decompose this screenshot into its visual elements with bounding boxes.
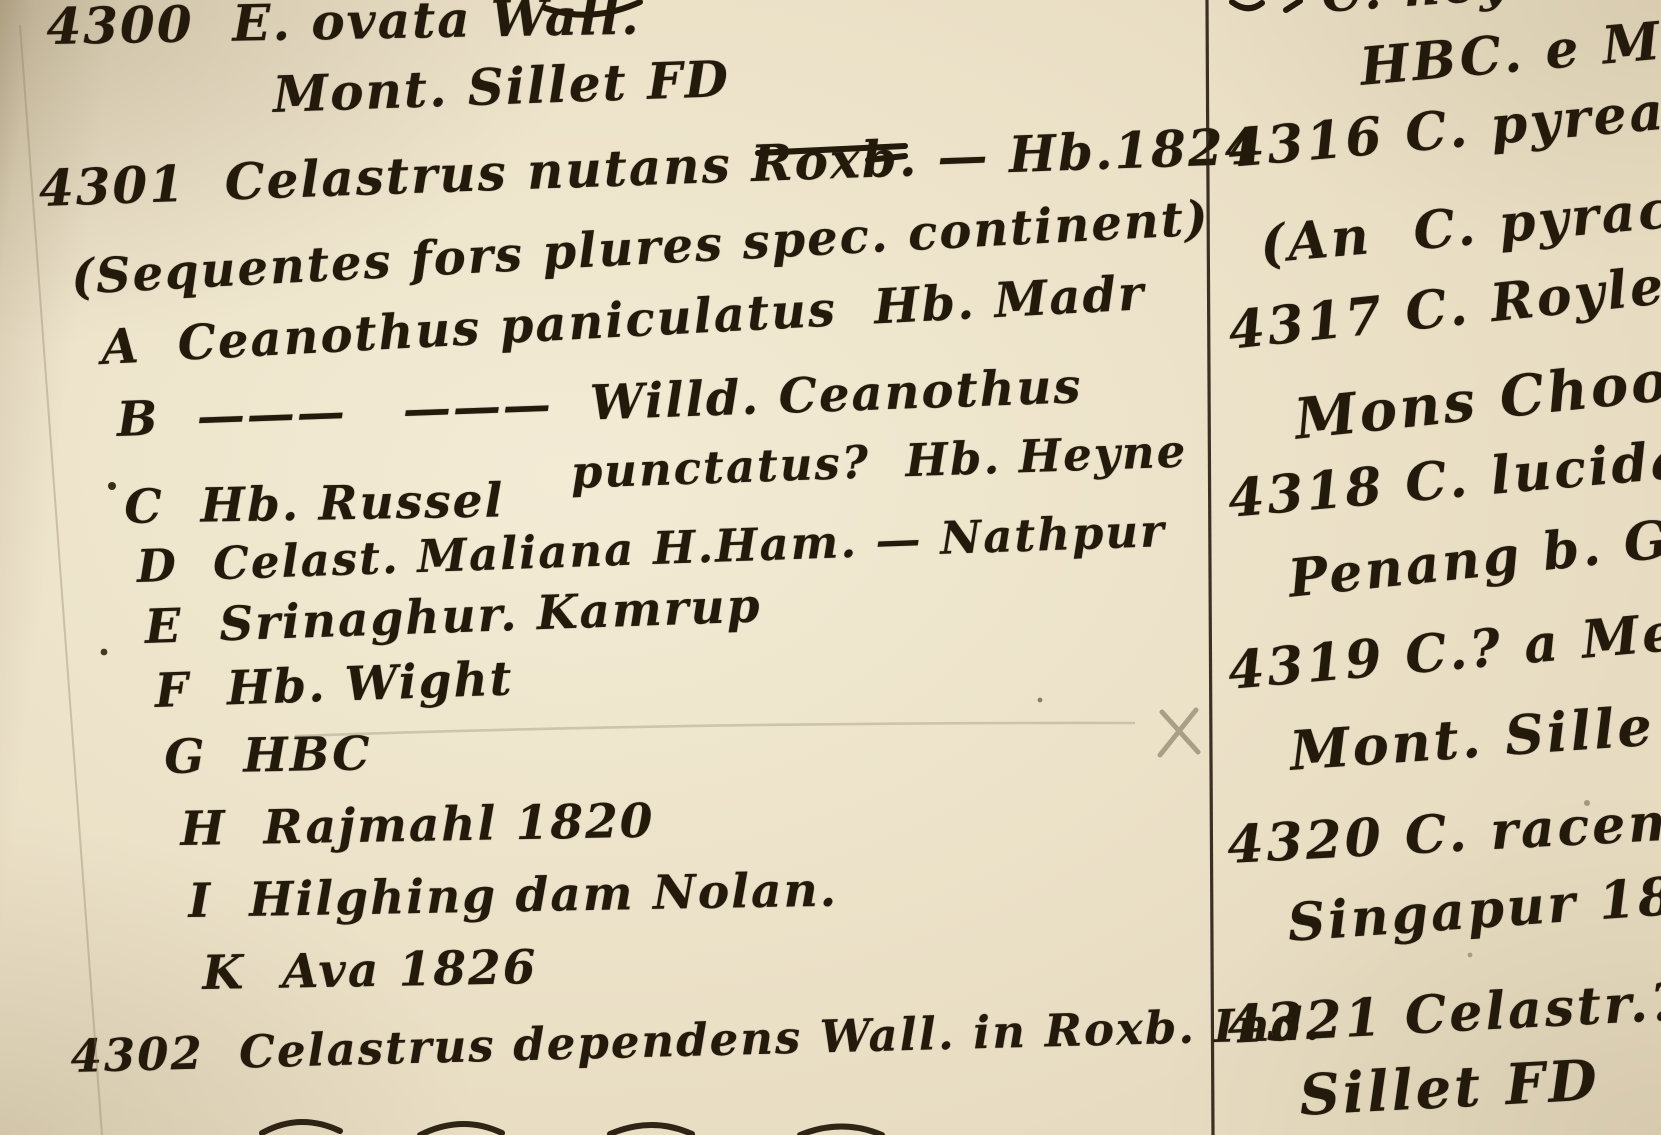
- entry-4319: 4319 C.? a Meni: [1226, 601, 1661, 698]
- top-edge-right-fragment: [1232, 1, 1300, 10]
- entry-4301-sub-g: G HBC: [164, 730, 372, 781]
- entry-4320: 4320 C. racem: [1226, 796, 1661, 872]
- pencil-x-mark: [1160, 710, 1198, 755]
- entry-4315-fragment: C. heyna: [1320, 0, 1587, 20]
- entry-4318: 4318 C. lucida: [1226, 434, 1661, 526]
- entry-4321: 4321 Celastr.?: [1226, 976, 1661, 1052]
- entry-4300: 4300 E. ovata Wall.: [46, 0, 641, 52]
- manuscript-page: 4300 E. ovata Wall. Mont. Sillet FD 4301…: [0, 0, 1661, 1135]
- entry-4316-note: (An C. pyraca: [1258, 181, 1661, 272]
- entry-4301-sub-e: E Srinaghur. Kamrup: [144, 582, 762, 651]
- entry-4300-locality: Mont. Sillet FD: [272, 54, 731, 120]
- entry-4301-sub-h: H Rajmahl 1820: [180, 798, 655, 853]
- entry-4301-sub-c: C Hb. Russel: [124, 477, 505, 531]
- entry-4319-locality: Mont. Sille: [1288, 699, 1656, 778]
- pencil-line-mark: [295, 723, 1135, 736]
- bottom-edge-stroke-fragments: [262, 1122, 882, 1135]
- entry-4320-locality: Singapur 18: [1286, 871, 1661, 950]
- entry-4302: 4302 Celastrus dependens Wall. in Roxb. …: [70, 1001, 1323, 1079]
- entry-4301-sub-f: F Hb. Wight: [154, 655, 514, 714]
- entry-4301-sub-b-cont: punctatus? Hb. Heyne: [570, 428, 1188, 494]
- entry-4317-locality: Mons Choor: [1292, 349, 1661, 448]
- entry-4318-locality: Penang b. Go: [1286, 510, 1661, 606]
- entry-4316: 4316 C. pyrea,: [1226, 84, 1661, 176]
- entry-4301-sub-b: B ——— ——— Willd. Ceanothus: [116, 362, 1083, 444]
- entry-4301-sub-k: K Ava 1826: [202, 944, 538, 997]
- entry-4315-locality: HBC. e Mu: [1358, 12, 1661, 94]
- entry-4321-locality: Sillet FD: [1298, 1052, 1601, 1124]
- entry-4301-sub-i: I Hilghing dam Nolan.: [188, 867, 838, 925]
